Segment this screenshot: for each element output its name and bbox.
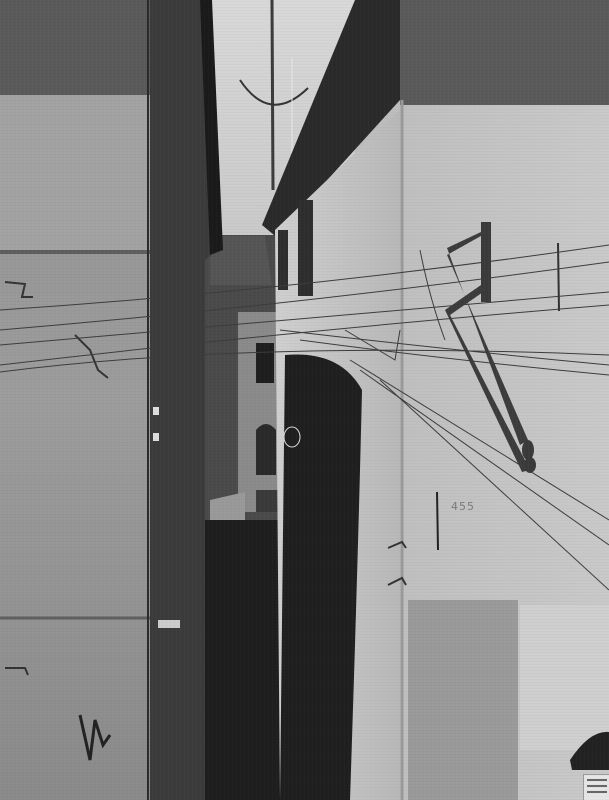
small-sign [583, 774, 609, 800]
photo-scene [0, 0, 609, 800]
sign-text-line [587, 785, 607, 787]
far-building [205, 235, 280, 525]
far-window [256, 343, 274, 383]
house-number: 455 [451, 500, 475, 513]
sign-text-line [587, 791, 607, 793]
alley-photograph: 455 [0, 0, 609, 800]
left-building [0, 0, 223, 800]
right-building [262, 0, 609, 800]
sign-text-line [587, 779, 607, 781]
far-arched-window [256, 424, 276, 475]
